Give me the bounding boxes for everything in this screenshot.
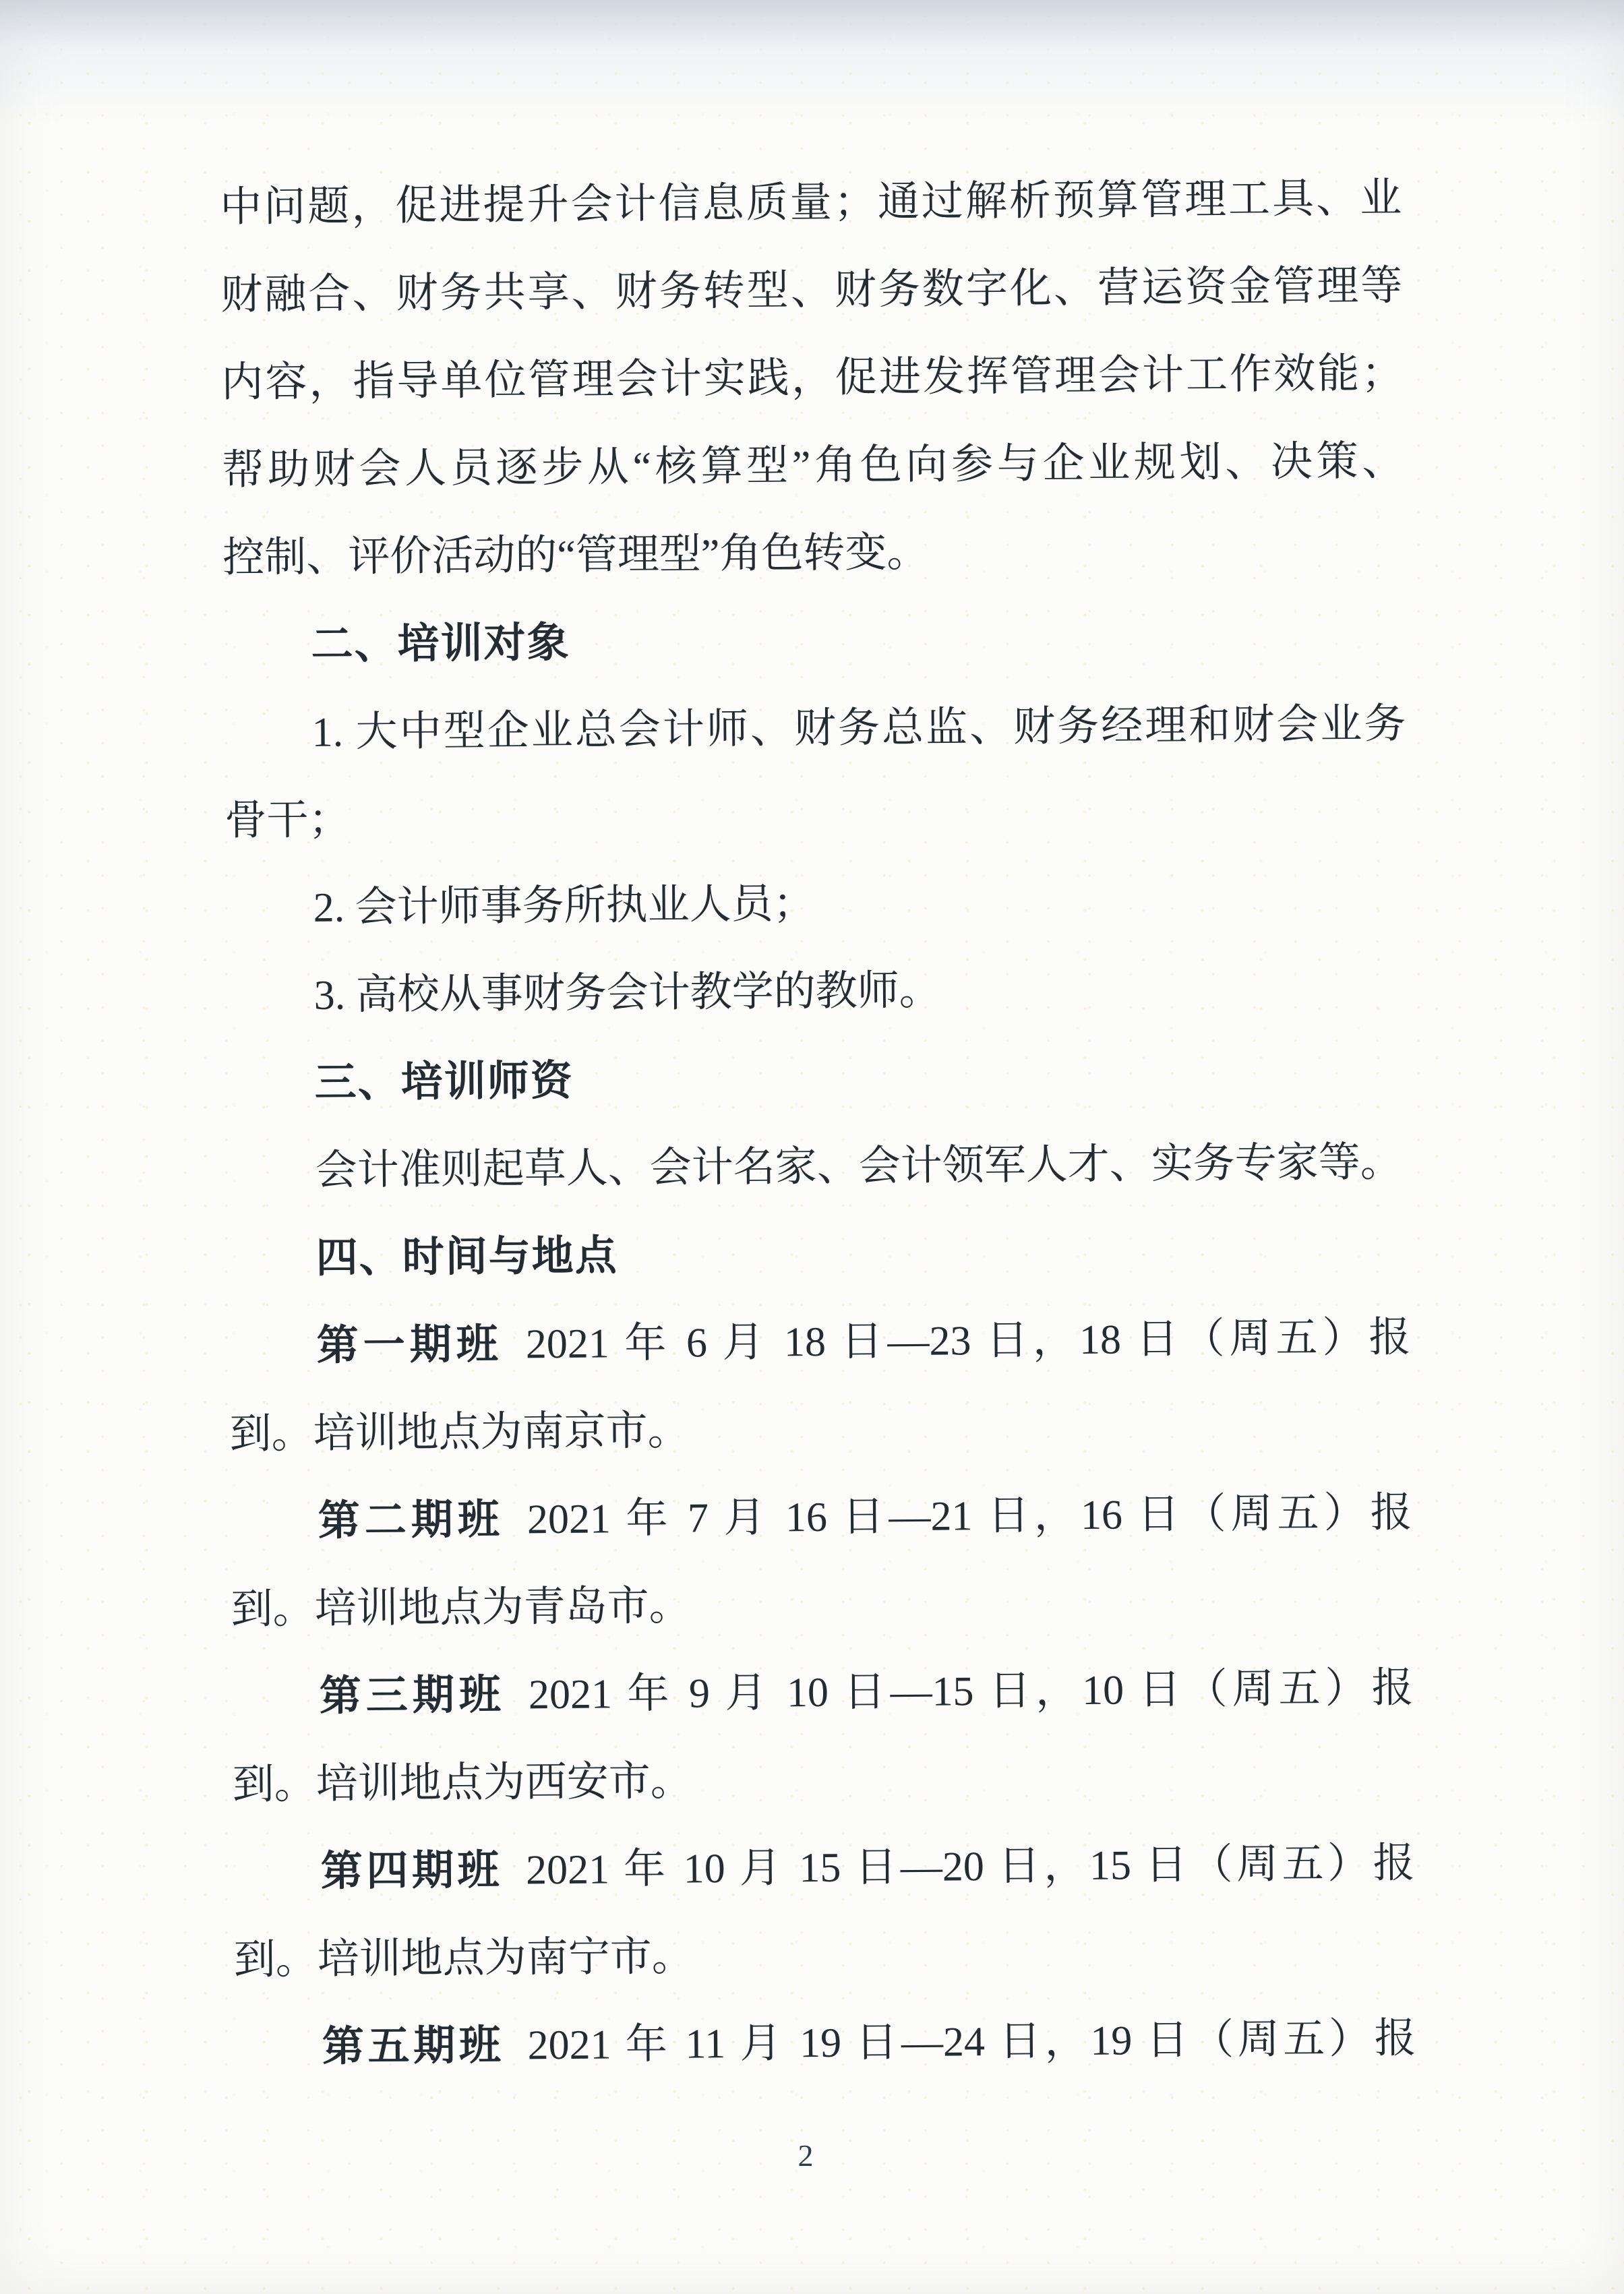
session-line-1: 第一期班2021 年 6 月 18 日—23 日，18 日（周五）报 (229, 1294, 1411, 1391)
section-heading-time-and-place: 四、时间与地点 (228, 1206, 1410, 1303)
session-location-line: 到。培训地点为青岛市。 (231, 1557, 1413, 1654)
document-text-block: 中问题，促进提升会计信息质量；通过解析预算管理工具、业 财融合、财务共享、财务转… (220, 154, 1416, 2092)
session-dates: 2021 年 9 月 10 日—15 日，10 日（周五）报 (529, 1665, 1414, 1718)
session-label: 第五期班 (322, 2023, 505, 2070)
list-item-line: 1. 大中型企业总会计师、财务总监、财务经理和财会业务 (224, 680, 1406, 777)
list-item-line: 骨干； (224, 768, 1407, 865)
session-location-line: 到。培训地点为西安市。 (232, 1732, 1414, 1829)
document-page: 中问题，促进提升会计信息质量；通过解析预算管理工具、业 财融合、财务共享、财务转… (0, 0, 1624, 2294)
section-heading-training-targets: 二、培训对象 (223, 593, 1406, 690)
section-heading-training-faculty: 三、培训师资 (227, 1031, 1409, 1128)
session-location-line: 到。培训地点为南宁市。 (233, 1907, 1416, 2004)
body-line: 内容，指导单位管理会计实践，促进发挥管理会计工作效能； (221, 330, 1404, 427)
session-label: 第四期班 (321, 1848, 504, 1895)
session-dates: 2021 年 11 月 19 日—24 日，19 日（周五）报 (527, 2016, 1416, 2068)
session-location-line: 到。培训地点为南京市。 (229, 1381, 1412, 1478)
body-line: 中问题，促进提升会计信息质量；通过解析预算管理工具、业 (220, 154, 1402, 251)
page-number: 2 (798, 2136, 814, 2176)
session-dates: 2021 年 10 月 15 日—20 日，15 日（周五）报 (526, 1840, 1415, 1893)
session-label: 第一期班 (316, 1322, 503, 1369)
session-dates: 2021 年 7 月 16 日—21 日，16 日（周五）报 (527, 1490, 1412, 1542)
session-line-2: 第二期班2021 年 7 月 16 日—21 日，16 日（周五）报 (230, 1469, 1412, 1566)
list-item-line: 2. 会计师事务所执业人员； (225, 855, 1408, 953)
body-line: 财融合、财务共享、财务转型、财务数字化、营运资金管理等 (220, 242, 1403, 339)
body-line: 帮助财会人员逐步从“核算型”角色向参与企业规划、决策、 (222, 417, 1404, 514)
body-line: 控制、评价活动的“管理型”角色转变。 (222, 505, 1405, 602)
session-line-4: 第四期班2021 年 10 月 15 日—20 日，15 日（周五）报 (233, 1819, 1415, 1916)
session-label: 第三期班 (320, 1672, 506, 1720)
session-label: 第二期班 (318, 1497, 505, 1544)
list-item-line: 3. 高校从事财务会计教学的教师。 (226, 943, 1408, 1040)
session-line-3: 第三期班2021 年 9 月 10 日—15 日，10 日（周五）报 (231, 1644, 1414, 1741)
body-line: 会计准则起草人、会计名家、会计领军人才、实务专家等。 (227, 1118, 1410, 1215)
session-line-5: 第五期班2021 年 11 月 19 日—24 日，19 日（周五）报 (234, 1995, 1416, 2092)
session-dates: 2021 年 6 月 18 日—23 日，18 日（周五）报 (526, 1315, 1411, 1367)
